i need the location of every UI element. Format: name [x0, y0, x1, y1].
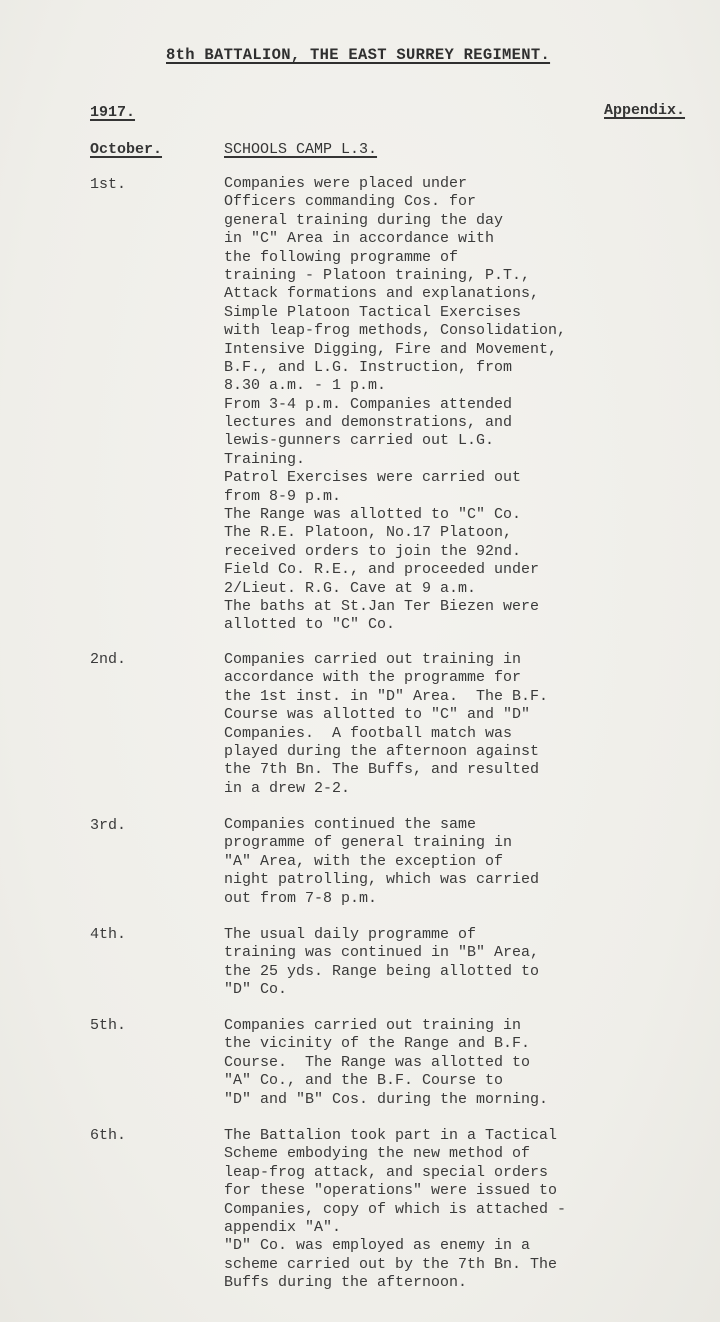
entry-line: training was continued in "B" Area,: [224, 944, 539, 962]
entry-text: Companies were placed underOfficers comm…: [224, 175, 566, 635]
appendix-label: Appendix.: [604, 102, 685, 119]
entry-line: Buffs during the afternoon.: [224, 1274, 566, 1292]
entry-line: in "C" Area in accordance with: [224, 230, 566, 248]
entry-line: the vicinity of the Range and B.F.: [224, 1035, 548, 1053]
entry-line: general training during the day: [224, 212, 566, 230]
entry-line: out from 7-8 p.m.: [224, 890, 539, 908]
entry-line: "D" and "B" Cos. during the morning.: [224, 1091, 548, 1109]
entry-line: in a drew 2-2.: [224, 780, 548, 798]
entry-line: leap-frog attack, and special orders: [224, 1164, 566, 1182]
entry-text: Companies carried out training inaccorda…: [224, 651, 548, 798]
entry-line: allotted to "C" Co.: [224, 616, 566, 634]
entry-date: 2nd.: [90, 651, 126, 668]
entry-line: Patrol Exercises were carried out: [224, 469, 566, 487]
entry-line: the 7th Bn. The Buffs, and resulted: [224, 761, 548, 779]
entry-line: The R.E. Platoon, No.17 Platoon,: [224, 524, 566, 542]
entry-text: The usual daily programme oftraining was…: [224, 926, 539, 1000]
entry-line: Companies carried out training in: [224, 651, 548, 669]
document-title: 8th BATTALION, THE EAST SURREY REGIMENT.: [166, 46, 550, 64]
entry-line: The Range was allotted to "C" Co.: [224, 506, 566, 524]
entry-line: scheme carried out by the 7th Bn. The: [224, 1256, 566, 1274]
entry-line: 8.30 a.m. - 1 p.m.: [224, 377, 566, 395]
entry-text: Companies continued the sameprogramme of…: [224, 816, 539, 908]
entry-line: "D" Co. was employed as enemy in a: [224, 1237, 566, 1255]
entry-line: "A" Co., and the B.F. Course to: [224, 1072, 548, 1090]
entry-line: Companies, copy of which is attached -: [224, 1201, 566, 1219]
entry-date: 5th.: [90, 1017, 126, 1034]
entry-line: lectures and demonstrations, and: [224, 414, 566, 432]
month-heading: October.: [90, 141, 162, 158]
entry-line: Course was allotted to "C" and "D": [224, 706, 548, 724]
entry-line: Training.: [224, 451, 566, 469]
entry-line: The baths at St.Jan Ter Biezen were: [224, 598, 566, 616]
entry-line: with leap-frog methods, Consolidation,: [224, 322, 566, 340]
entry-line: Simple Platoon Tactical Exercises: [224, 304, 566, 322]
entry-line: accordance with the programme for: [224, 669, 548, 687]
entry-line: "A" Area, with the exception of: [224, 853, 539, 871]
entry-line: the 25 yds. Range being allotted to: [224, 963, 539, 981]
entry-line: appendix "A".: [224, 1219, 566, 1237]
entry-line: From 3-4 p.m. Companies attended: [224, 396, 566, 414]
location-heading: SCHOOLS CAMP L.3.: [224, 141, 377, 158]
entry-line: from 8-9 p.m.: [224, 488, 566, 506]
entry-line: "D" Co.: [224, 981, 539, 999]
entry-date: 4th.: [90, 926, 126, 943]
entry-line: lewis-gunners carried out L.G.: [224, 432, 566, 450]
entry-line: programme of general training in: [224, 834, 539, 852]
entry-line: Companies continued the same: [224, 816, 539, 834]
entry-line: the 1st inst. in "D" Area. The B.F.: [224, 688, 548, 706]
entry-text: Companies carried out training inthe vic…: [224, 1017, 548, 1109]
entry-line: the following programme of: [224, 249, 566, 267]
entry-date: 1st.: [90, 176, 126, 193]
entry-line: Companies. A football match was: [224, 725, 548, 743]
entry-line: Field Co. R.E., and proceeded under: [224, 561, 566, 579]
entry-line: The usual daily programme of: [224, 926, 539, 944]
entry-line: played during the afternoon against: [224, 743, 548, 761]
entry-line: Companies carried out training in: [224, 1017, 548, 1035]
entry-line: Companies were placed under: [224, 175, 566, 193]
entry-line: training - Platoon training, P.T.,: [224, 267, 566, 285]
entry-line: received orders to join the 92nd.: [224, 543, 566, 561]
entry-line: Intensive Digging, Fire and Movement,: [224, 341, 566, 359]
entry-line: Officers commanding Cos. for: [224, 193, 566, 211]
year-heading: 1917.: [90, 104, 135, 121]
entry-date: 3rd.: [90, 817, 126, 834]
entry-text: The Battalion took part in a TacticalSch…: [224, 1127, 566, 1293]
entry-date: 6th.: [90, 1127, 126, 1144]
document-page: 8th BATTALION, THE EAST SURREY REGIMENT.…: [0, 0, 720, 1322]
entry-line: The Battalion took part in a Tactical: [224, 1127, 566, 1145]
entry-line: Course. The Range was allotted to: [224, 1054, 548, 1072]
entry-line: Scheme embodying the new method of: [224, 1145, 566, 1163]
entry-line: B.F., and L.G. Instruction, from: [224, 359, 566, 377]
entry-line: 2/Lieut. R.G. Cave at 9 a.m.: [224, 580, 566, 598]
entry-line: night patrolling, which was carried: [224, 871, 539, 889]
entry-line: for these "operations" were issued to: [224, 1182, 566, 1200]
entry-line: Attack formations and explanations,: [224, 285, 566, 303]
